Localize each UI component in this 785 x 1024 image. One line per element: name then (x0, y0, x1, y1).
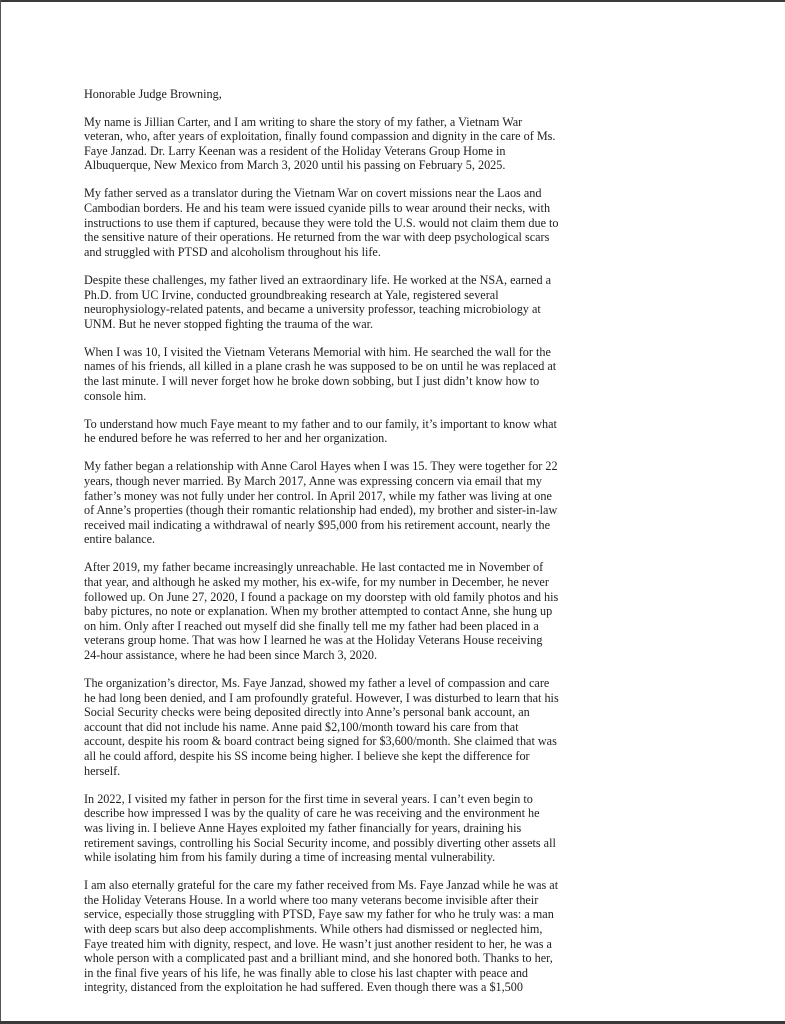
paragraph-line: I am also eternally grateful for the car… (84, 878, 684, 893)
paragraph-line: while isolating him from his family duri… (84, 850, 684, 865)
paragraph-line: Ph.D. from UC Irvine, conducted groundbr… (84, 288, 684, 303)
page-border-top (0, 0, 785, 2)
paragraph-line: In 2022, I visited my father in person f… (84, 792, 684, 807)
paragraph-line: the sensitive nature of their operations… (84, 230, 684, 245)
paragraph-line: followed up. On June 27, 2020, I found a… (84, 590, 684, 605)
paragraph-line: entire balance. (84, 532, 684, 547)
paragraph-line: To understand how much Faye meant to my … (84, 417, 684, 432)
paragraph-line: whole person with a complicated past and… (84, 951, 684, 966)
paragraph-line: veteran, who, after years of exploitatio… (84, 129, 684, 144)
letter-paragraph: The organization’s director, Ms. Faye Ja… (84, 676, 684, 778)
paragraph-line: Albuquerque, New Mexico from March 3, 20… (84, 158, 684, 173)
paragraph-line: retirement savings, controlling his Soci… (84, 836, 684, 851)
letter-paragraph: Despite these challenges, my father live… (84, 273, 684, 331)
paragraph-line: account that did not include his name. A… (84, 720, 684, 735)
paragraph-line: account, despite his room & board contra… (84, 734, 684, 749)
letter-paragraph: In 2022, I visited my father in person f… (84, 792, 684, 865)
paragraph-line: Cambodian borders. He and his team were … (84, 201, 684, 216)
letter-paragraph: My father served as a translator during … (84, 186, 684, 259)
letter-paragraph: After 2019, my father became increasingl… (84, 560, 684, 662)
letter-paragraph: My father began a relationship with Anne… (84, 459, 684, 547)
paragraph-line: service, especially those struggling wit… (84, 907, 684, 922)
paragraph-line: all he could afford, despite his SS inco… (84, 749, 684, 764)
paragraph-line: with deep scars but also deep accomplish… (84, 922, 684, 937)
paragraph-line: integrity, distanced from the exploitati… (84, 980, 684, 995)
paragraph-line: UNM. But he never stopped fighting the t… (84, 317, 684, 332)
paragraph-line: The organization’s director, Ms. Faye Ja… (84, 676, 684, 691)
paragraph-line: and struggled with PTSD and alcoholism t… (84, 245, 684, 260)
letter-page: Honorable Judge Browning, My name is Jil… (84, 87, 684, 1008)
paragraph-line: veterans group home. That was how I lear… (84, 633, 684, 648)
page-border-left (0, 0, 1, 1024)
paragraph-line: of Anne’s properties (though their roman… (84, 503, 684, 518)
paragraph-line: After 2019, my father became increasingl… (84, 560, 684, 575)
paragraph-line: the Holiday Veterans House. In a world w… (84, 893, 684, 908)
paragraph-line: instructions to use them if captured, be… (84, 216, 684, 231)
paragraph-line: My father served as a translator during … (84, 186, 684, 201)
paragraph-line: on him. Only after I reached out myself … (84, 619, 684, 634)
letter-paragraph: I am also eternally grateful for the car… (84, 878, 684, 995)
paragraph-line: names of his friends, all killed in a pl… (84, 359, 684, 374)
paragraph-line: My name is Jillian Carter, and I am writ… (84, 115, 684, 130)
paragraph-line: My father began a relationship with Anne… (84, 459, 684, 474)
paragraph-line: he had long been denied, and I am profou… (84, 691, 684, 706)
letter-paragraph: When I was 10, I visited the Vietnam Vet… (84, 345, 684, 403)
paragraph-line: When I was 10, I visited the Vietnam Vet… (84, 345, 684, 360)
paragraph-line: describe how impressed I was by the qual… (84, 806, 684, 821)
paragraph-line: console him. (84, 389, 684, 404)
letter-paragraph: My name is Jillian Carter, and I am writ… (84, 115, 684, 173)
paragraph-line: Despite these challenges, my father live… (84, 273, 684, 288)
letter-paragraph: To understand how much Faye meant to my … (84, 417, 684, 446)
paragraph-line: baby pictures, no note or explanation. W… (84, 604, 684, 619)
paragraph-line: Faye treated him with dignity, respect, … (84, 937, 684, 952)
paragraph-line: neurophysiology-related patents, and bec… (84, 302, 684, 317)
paragraph-line: the last minute. I will never forget how… (84, 374, 684, 389)
paragraph-line: received mail indicating a withdrawal of… (84, 518, 684, 533)
paragraph-line: Social Security checks were being deposi… (84, 705, 684, 720)
paragraph-line: years, though never married. By March 20… (84, 474, 684, 489)
paragraph-line: 24-hour assistance, where he had been si… (84, 648, 684, 663)
paragraph-line: herself. (84, 764, 684, 779)
paragraph-line: was living in. I believe Anne Hayes expl… (84, 821, 684, 836)
paragraph-line: that year, and although he asked my moth… (84, 575, 684, 590)
paragraph-line: he endured before he was referred to her… (84, 431, 684, 446)
paragraph-line: in the final five years of his life, he … (84, 966, 684, 981)
paragraph-line: Faye Janzad. Dr. Larry Keenan was a resi… (84, 144, 684, 159)
paragraph-line: father’s money was not fully under her c… (84, 489, 684, 504)
letter-body: My name is Jillian Carter, and I am writ… (84, 115, 684, 995)
letter-salutation: Honorable Judge Browning, (84, 87, 684, 102)
